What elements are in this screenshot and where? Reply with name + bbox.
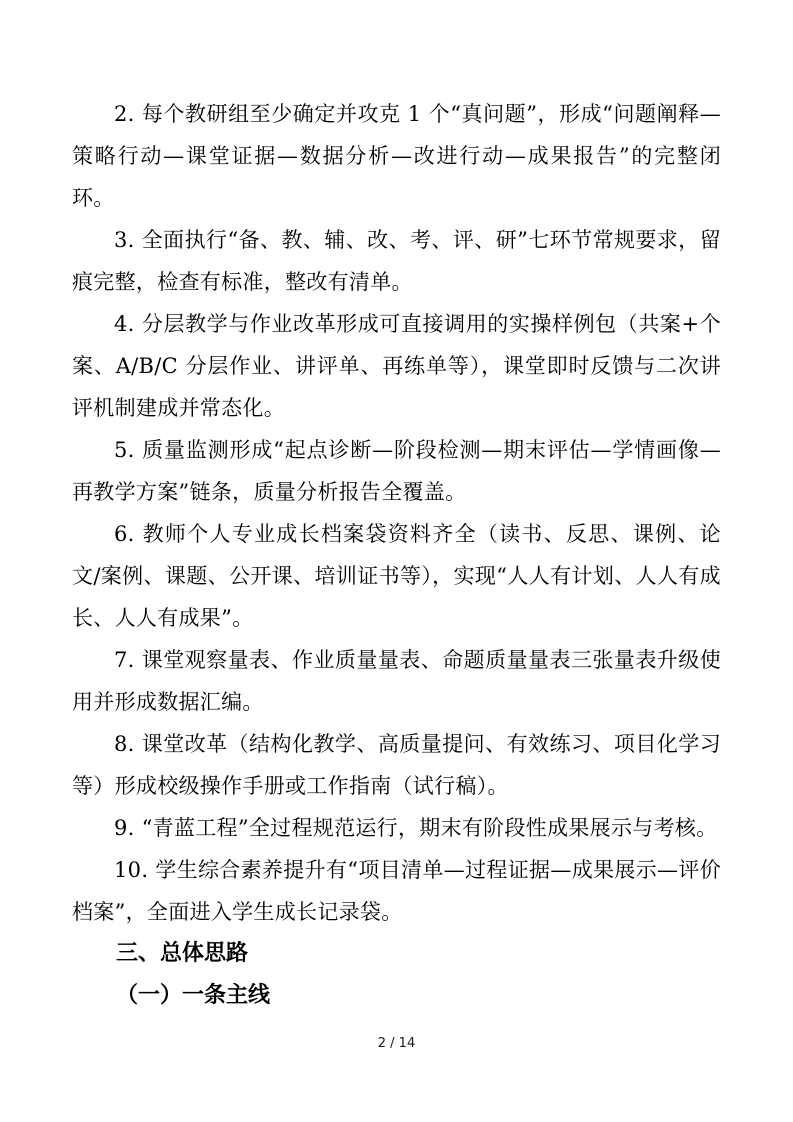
section-heading-overall-approach: 三、总体思路	[72, 933, 721, 975]
paragraph-goal-3: 3. 全面执行“备、教、辅、改、考、评、研”七环节常规要求，留痕完整，检查有标准…	[72, 219, 721, 303]
document-page: 2. 每个教研组至少确定并攻克 1 个“真问题”，形成“问题阐释—策略行动—课堂…	[0, 0, 793, 1122]
paragraph-goal-10: 10. 学生综合素养提升有“项目清单—过程证据—成果展示—评价档案”，全面进入学…	[72, 849, 721, 933]
paragraph-goal-8: 8. 课堂改革（结构化教学、高质量提问、有效练习、项目化学习等）形成校级操作手册…	[72, 723, 721, 807]
subsection-heading-main-line: （一）一条主线	[72, 975, 721, 1017]
page-number: 2 / 14	[0, 1034, 793, 1054]
paragraph-goal-6: 6. 教师个人专业成长档案袋资料齐全（读书、反思、课例、论文/案例、课题、公开课…	[72, 513, 721, 639]
paragraph-goal-7: 7. 课堂观察量表、作业质量量表、命题质量量表三张量表升级使用并形成数据汇编。	[72, 639, 721, 723]
paragraph-goal-5: 5. 质量监测形成“起点诊断—阶段检测—期末评估—学情画像—再教学方案”链条，质…	[72, 429, 721, 513]
paragraph-goal-2: 2. 每个教研组至少确定并攻克 1 个“真问题”，形成“问题阐释—策略行动—课堂…	[72, 93, 721, 219]
paragraph-goal-4: 4. 分层教学与作业改革形成可直接调用的实操样例包（共案+个案、A/B/C 分层…	[72, 303, 721, 429]
paragraph-goal-9: 9. “青蓝工程”全过程规范运行，期末有阶段性成果展示与考核。	[72, 807, 721, 849]
